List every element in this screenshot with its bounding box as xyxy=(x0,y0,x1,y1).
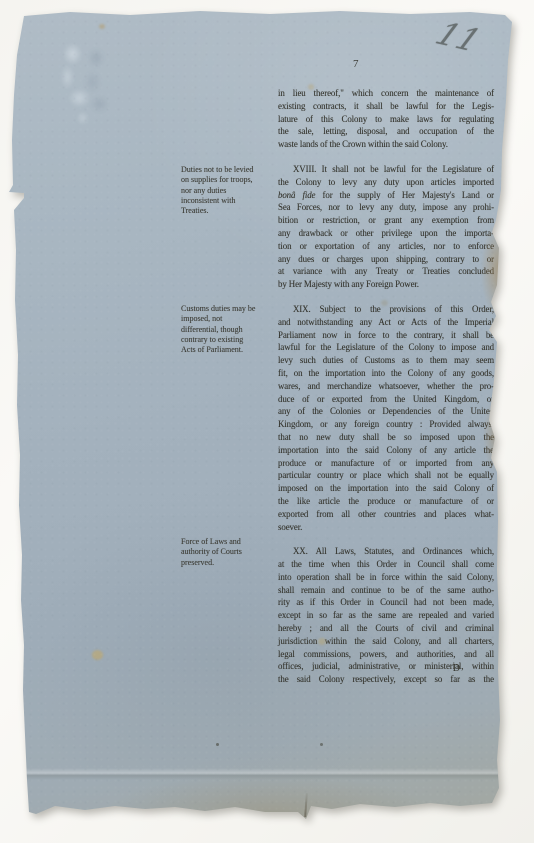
text-line: tion or exportation of any articles, nor… xyxy=(278,240,494,253)
text-line: and notwithstanding any Act or Acts of t… xyxy=(278,316,494,329)
text-line: wares, and merchandize whatsoever, wheth… xyxy=(278,380,494,393)
text-line: levy such duties of Customs as to them m… xyxy=(278,354,494,367)
text-line: hereby ; and all the Courts of civil and… xyxy=(278,622,494,635)
margin-note-customs: Customs duties may be imposed, not diffe… xyxy=(181,304,259,355)
text-line: any dues or charges upon shipping, contr… xyxy=(278,253,494,266)
foxing-spot xyxy=(92,650,103,660)
ink-speck xyxy=(216,743,219,746)
text-line: the sale, letting, disposal, and occupat… xyxy=(278,125,494,138)
text-line: soever. xyxy=(278,521,494,534)
text-line: the like article the produce or manufact… xyxy=(278,495,494,508)
text-line: at variance with any Treaty or Treaties … xyxy=(278,265,494,278)
ink-speck xyxy=(320,743,323,746)
text-line: bonâ fide for the supply of Her Majesty'… xyxy=(278,189,494,202)
text-line: any drawback or other privilege upon the… xyxy=(278,227,494,240)
text-line: into operation shall be in force within … xyxy=(278,571,494,584)
text-line: by Her Majesty with any Foreign Power. xyxy=(278,278,494,291)
paper-shadow-wrap: 11 7 Duties not to be levied on supplies… xyxy=(0,0,534,843)
text-line: except in so far as the same are repeale… xyxy=(278,609,494,622)
text-line: lature of this Colony to make laws for r… xyxy=(278,113,494,126)
text-line: duce of or exported from the United King… xyxy=(278,393,494,406)
text-line: Sea Forces, nor to levy any duty, impose… xyxy=(278,201,494,214)
signature-catchword: D xyxy=(278,663,494,674)
text-line: particular country or place which shall … xyxy=(278,469,494,482)
text-line: fit, on the importation into the Colony … xyxy=(278,367,494,380)
text-line: existing contracts, it shall be lawful f… xyxy=(278,100,494,113)
text-line: that no new duty shall be so imposed upo… xyxy=(278,431,494,444)
paper-sheet: 11 7 Duties not to be levied on supplies… xyxy=(0,0,534,843)
text-line: the said Colony respectively, except so … xyxy=(278,673,494,686)
text-line: Kingdom, or any foreign country : Provid… xyxy=(278,418,494,431)
paper-tear xyxy=(304,793,308,817)
text-line: XIX. Subject to the provisions of this O… xyxy=(278,303,494,316)
text-line: at the time when this Order in Council s… xyxy=(278,558,494,571)
text-line: XX. All Laws, Statutes, and Ordinances w… xyxy=(278,545,494,558)
text-line: jurisdiction within the said Colony, and… xyxy=(278,635,494,648)
text-line: importation into the said Colony of any … xyxy=(278,444,494,457)
paragraph-xviii: XVIII. It shall not be lawful for the Le… xyxy=(278,163,494,291)
text-line: lawful for the Legislature of the Colony… xyxy=(278,341,494,354)
text-column: in lieu thereof," which concern the main… xyxy=(278,87,494,698)
margin-note-duties: Duties not to be levied on supplies for … xyxy=(181,165,259,216)
text-line: in lieu thereof," which concern the main… xyxy=(278,87,494,100)
handwritten-folio-number: 11 xyxy=(430,15,487,59)
text-line: the Colony to levy any duty upon article… xyxy=(278,176,494,189)
text-line: produce or manufacture of or imported fr… xyxy=(278,457,494,470)
text-line: exported from all other countries and pl… xyxy=(278,508,494,521)
margin-note-laws-courts: Force of Laws and authority of Courts pr… xyxy=(181,537,259,568)
text-line: XVIII. It shall not be lawful for the Le… xyxy=(278,163,494,176)
text-line: rity as if this Order in Council had not… xyxy=(278,596,494,609)
text-line: legal commissions, powers, and authoriti… xyxy=(278,648,494,661)
text-line: Parliament now in force to the contrary,… xyxy=(278,329,494,342)
text-line: imposed on the importation into the said… xyxy=(278,482,494,495)
text-line: waste lands of the Crown within the said… xyxy=(278,138,494,151)
text-line: shall remain and continue to be of the s… xyxy=(278,584,494,597)
page-number: 7 xyxy=(336,58,376,70)
foxing-spot xyxy=(99,24,105,29)
text-line: any of the Colonies or Dependencies of t… xyxy=(278,405,494,418)
document-scan: 11 7 Duties not to be levied on supplies… xyxy=(0,0,534,843)
text-line: bition or restriction, or grant any exem… xyxy=(278,214,494,227)
fold-crease xyxy=(16,768,498,780)
paragraph-continuation: in lieu thereof," which concern the main… xyxy=(278,87,494,151)
paragraph-xix: XIX. Subject to the provisions of this O… xyxy=(278,303,494,533)
embossed-seal-icon xyxy=(44,32,128,132)
